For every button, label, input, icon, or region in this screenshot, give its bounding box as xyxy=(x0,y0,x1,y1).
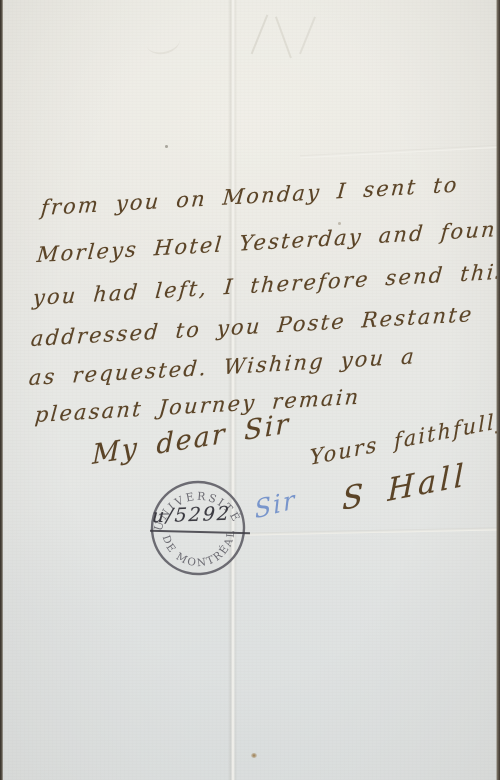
paper-edge-left xyxy=(0,0,3,780)
letter-page: from you on Monday I sent to Morleys Hot… xyxy=(0,0,500,780)
vertical-fold-line xyxy=(228,0,237,780)
letter-line: you had left, I therefore send this xyxy=(32,259,500,310)
horizontal-crease xyxy=(300,145,500,158)
letter-line: addressed to you Poste Restante xyxy=(30,302,475,351)
closing-phrase: Yours faithfully xyxy=(310,407,500,470)
ink-showthrough-mark xyxy=(144,27,182,58)
letter-line: as requested. Wishing you a xyxy=(28,344,417,390)
ink-showthrough-mark xyxy=(275,12,305,59)
foxing-spot xyxy=(251,753,257,758)
stamp-call-number: u/5292 xyxy=(151,503,231,528)
paper-edge-right xyxy=(496,0,500,780)
letter-line: Morleys Hotel Yesterday and found xyxy=(36,216,500,267)
signature: S Hall xyxy=(342,457,468,518)
annotation-sir: Sir xyxy=(254,485,298,525)
foxing-spot xyxy=(338,222,341,225)
ink-showthrough-mark xyxy=(251,15,282,60)
foxing-spot xyxy=(165,145,168,148)
letter-line: from you on Monday I sent to xyxy=(40,173,460,220)
horizontal-crease xyxy=(245,527,500,535)
letter-line: pleasant Journey remain xyxy=(34,385,361,427)
ink-showthrough-mark xyxy=(299,16,329,59)
library-stamp: UNIVERSITÉ DE MONTRÉAL xyxy=(138,469,259,588)
